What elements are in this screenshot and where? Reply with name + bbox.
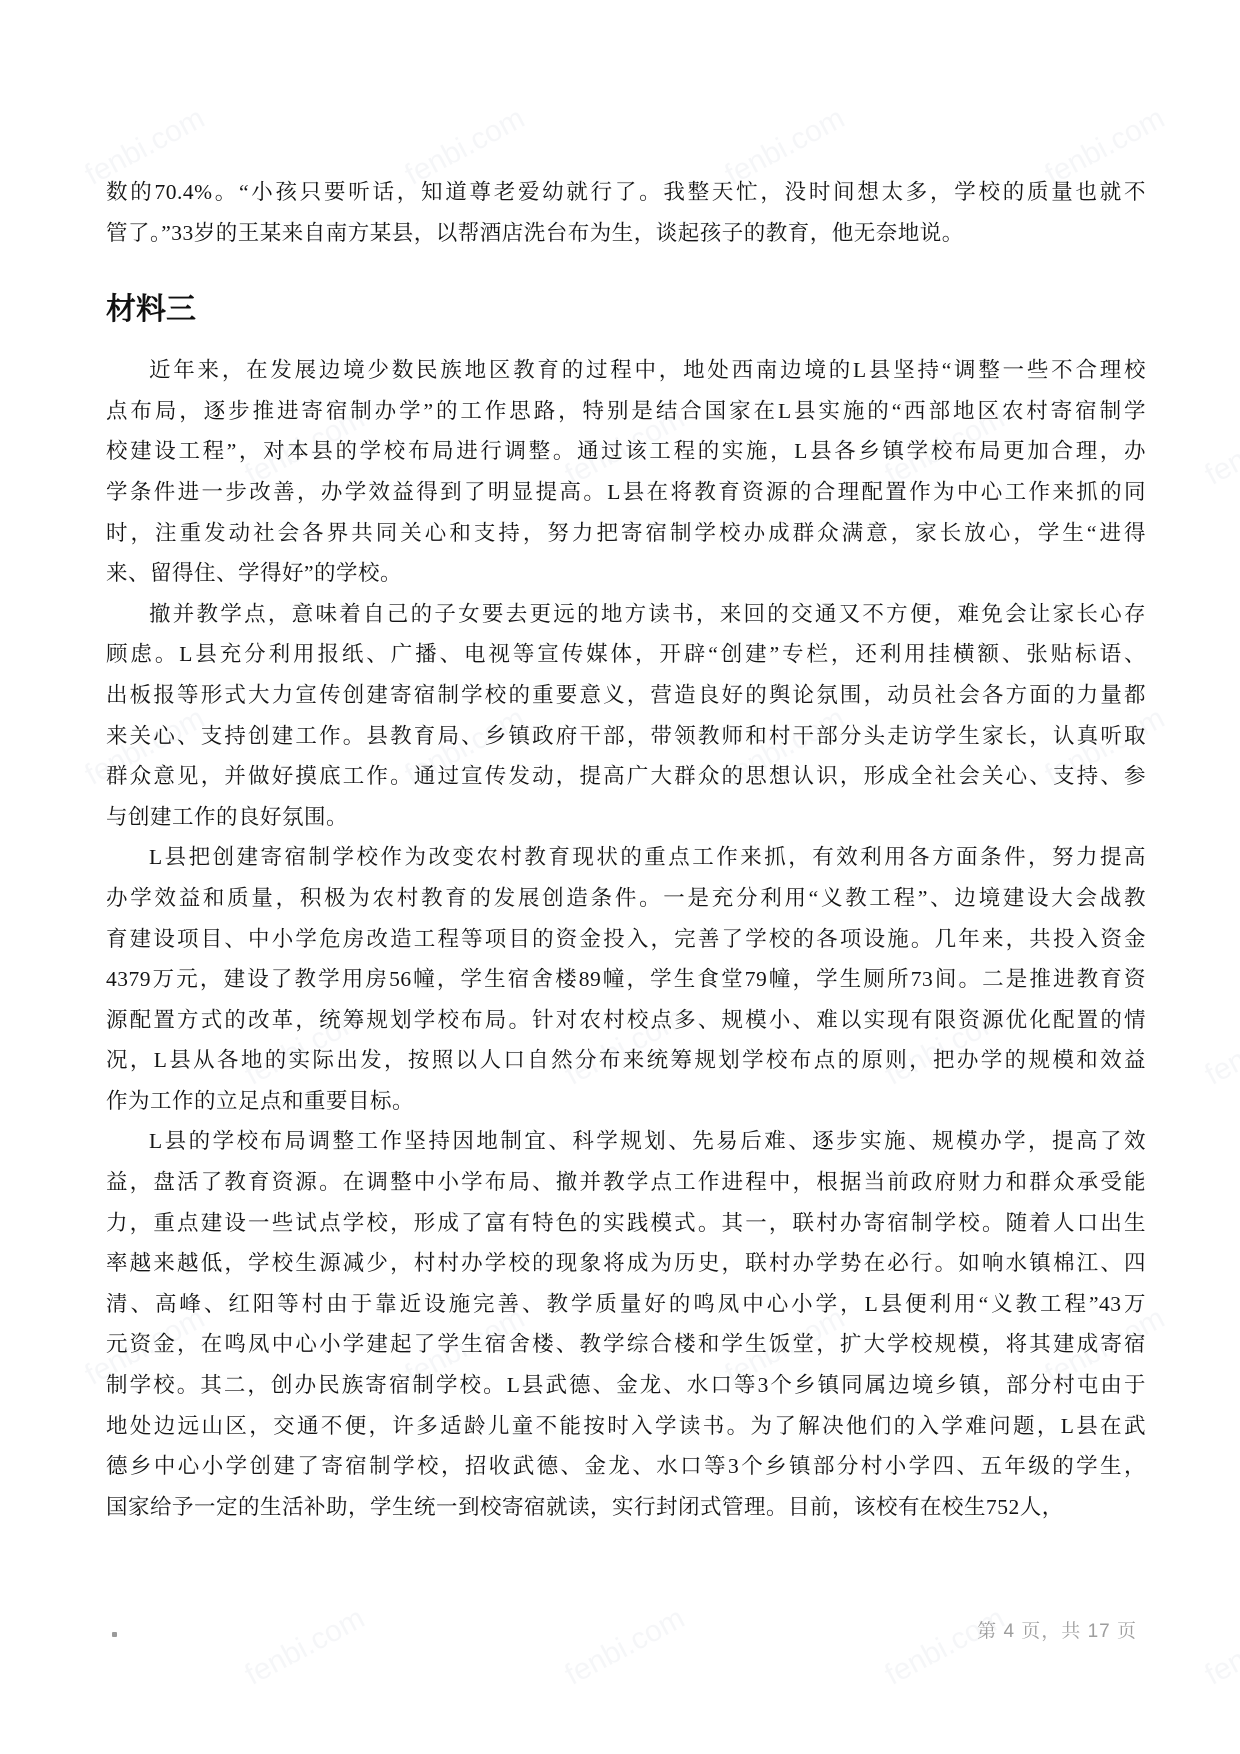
text-line: 况，L县从各地的实际出发，按照以人口自然分布来统筹规划学校布点的原则，把办学的规… (106, 1040, 1146, 1081)
text-line: 学条件进一步改善，办学效益得到了明显提高。L县在将教育资源的合理配置作为中心工作… (106, 472, 1146, 513)
text-line: 制学校。其二，创办民族寄宿制学校。L县武德、金龙、水口等3个乡镇同属边境乡镇，部… (106, 1365, 1146, 1406)
text-line: 管了。”33岁的王某来自南方某县，以帮酒店洗台布为生，谈起孩子的教育，他无奈地说… (106, 213, 1146, 254)
paragraphs-container: 近年来，在发展边境少数民族地区教育的过程中，地处西南边境的L县坚持“调整一些不合… (106, 350, 1146, 1527)
paragraph: 撤并教学点，意味着自己的子女要去更远的地方读书，来回的交通又不方便，难免会让家长… (106, 594, 1146, 838)
text-line: 来、留得住、学得好”的学校。 (106, 553, 1146, 594)
text-line: 地处边远山区，交通不便，许多适龄儿童不能按时入学读书。为了解决他们的入学难问题，… (106, 1406, 1146, 1447)
text-line: 育建设项目、中小学危房改造工程等项目的资金投入，完善了学校的各项设施。几年来，共… (106, 919, 1146, 960)
text-line: 时，注重发动社会各界共同关心和支持，努力把寄宿制学校办成群众满意，家长放心，学生… (106, 513, 1146, 554)
text-line: L县的学校布局调整工作坚持因地制宜、科学规划、先易后难、逐步实施、规模办学，提高… (106, 1121, 1146, 1162)
paragraph: L县把创建寄宿制学校作为改变农村教育现状的重点工作来抓，有效利用各方面条件，努力… (106, 837, 1146, 1121)
text-line: 群众意见，并做好摸底工作。通过宣传发动，提高广大群众的思想认识，形成全社会关心、… (106, 756, 1146, 797)
text-line: 国家给予一定的生活补助，学生统一到校寄宿就读，实行封闭式管理。目前，该校有在校生… (106, 1487, 1146, 1528)
paragraph: 近年来，在发展边境少数民族地区教育的过程中，地处西南边境的L县坚持“调整一些不合… (106, 350, 1146, 594)
document-page: fenbi.comfenbi.comfenbi.comfenbi.comfenb… (0, 0, 1240, 1754)
text-line: 点布局，逐步推进寄宿制办学”的工作思路，特别是结合国家在L县实施的“西部地区农村… (106, 391, 1146, 432)
watermark-text: fenbi.com (1200, 401, 1240, 492)
text-line: 出板报等形式大力宣传创建寄宿制学校的重要意义，营造良好的舆论氛围，动员社会各方面… (106, 675, 1146, 716)
continuation-paragraph: 数的70.4%。“小孩只要听话，知道尊老爱幼就行了。我整天忙，没时间想太多，学校… (106, 172, 1146, 253)
paragraph: L县的学校布局调整工作坚持因地制宜、科学规划、先易后难、逐步实施、规模办学，提高… (106, 1121, 1146, 1527)
text-line: 源配置方式的改革，统筹规划学校布局。针对农村校点多、规模小、难以实现有限资源优化… (106, 1000, 1146, 1041)
text-line: 校建设工程”，对本县的学校布局进行调整。通过该工程的实施，L县各乡镇学校布局更加… (106, 431, 1146, 472)
text-line: 清、高峰、红阳等村由于靠近设施完善、教学质量好的鸣凤中心小学，L县便利用“义教工… (106, 1284, 1146, 1325)
page-content: 数的70.4%。“小孩只要听话，知道尊老爱幼就行了。我整天忙，没时间想太多，学校… (106, 172, 1146, 1527)
text-line: 德乡中心小学创建了寄宿制学校，招收武德、金龙、水口等3个乡镇部分村小学四、五年级… (106, 1446, 1146, 1487)
page-marker-dot (112, 1632, 117, 1637)
text-line: 力，重点建设一些试点学校，形成了富有特色的实践模式。其一，联村办寄宿制学校。随着… (106, 1203, 1146, 1244)
text-line: 率越来越低，学校生源减少，村村办学校的现象将成为历史，联村办学势在必行。如响水镇… (106, 1243, 1146, 1284)
text-line: 办学效益和质量，积极为农村教育的发展创造条件。一是充分利用“义教工程”、边境建设… (106, 878, 1146, 919)
page-number-indicator: 第 4 页，共 17 页 (977, 1618, 1137, 1646)
text-line: 来关心、支持创建工作。县教育局、乡镇政府干部，带领教师和村干部分头走访学生家长，… (106, 716, 1146, 757)
section-heading: 材料三 (106, 291, 1146, 328)
text-line: 近年来，在发展边境少数民族地区教育的过程中，地处西南边境的L县坚持“调整一些不合… (106, 350, 1146, 391)
text-line: L县把创建寄宿制学校作为改变农村教育现状的重点工作来抓，有效利用各方面条件，努力… (106, 837, 1146, 878)
text-line: 顾虑。L县充分利用报纸、广播、电视等宣传媒体，开辟“创建”专栏，还利用挂横额、张… (106, 634, 1146, 675)
text-line: 益，盘活了教育资源。在调整中小学布局、撤并教学点工作进程中，根据当前政府财力和群… (106, 1162, 1146, 1203)
text-line: 撤并教学点，意味着自己的子女要去更远的地方读书，来回的交通又不方便，难免会让家长… (106, 594, 1146, 635)
text-line: 元资金，在鸣凤中心小学建起了学生宿舍楼、教学综合楼和学生饭堂，扩大学校规模，将其… (106, 1324, 1146, 1365)
text-line: 与创建工作的良好氛围。 (106, 797, 1146, 838)
watermark-text: fenbi.com (1200, 1001, 1240, 1092)
text-line: 4379万元，建设了教学用房56幢，学生宿舍楼89幢，学生食堂79幢，学生厕所7… (106, 959, 1146, 1000)
text-line: 作为工作的立足点和重要目标。 (106, 1081, 1146, 1122)
page-footer: 第 4 页，共 17 页 (0, 1618, 1240, 1658)
text-line: 数的70.4%。“小孩只要听话，知道尊老爱幼就行了。我整天忙，没时间想太多，学校… (106, 172, 1146, 213)
